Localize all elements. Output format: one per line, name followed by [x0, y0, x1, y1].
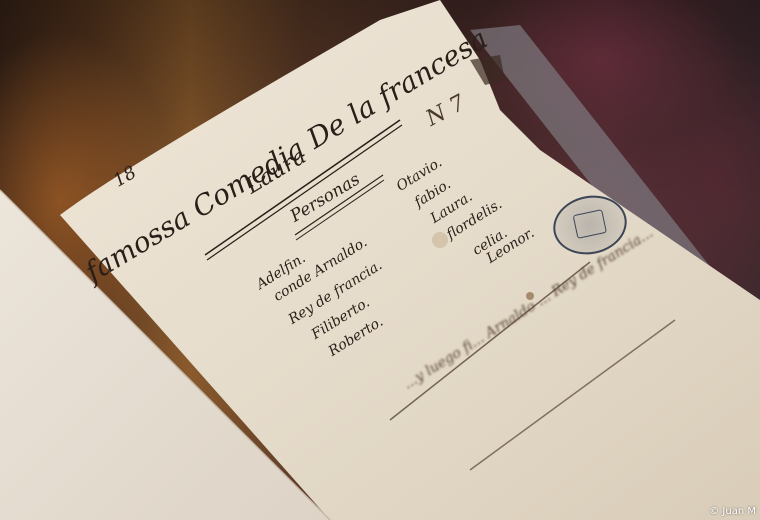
manuscript-photo: 18 famossa Comedia De la francesa Laura … [0, 0, 760, 520]
photo-credit: © Juan M [709, 506, 756, 517]
